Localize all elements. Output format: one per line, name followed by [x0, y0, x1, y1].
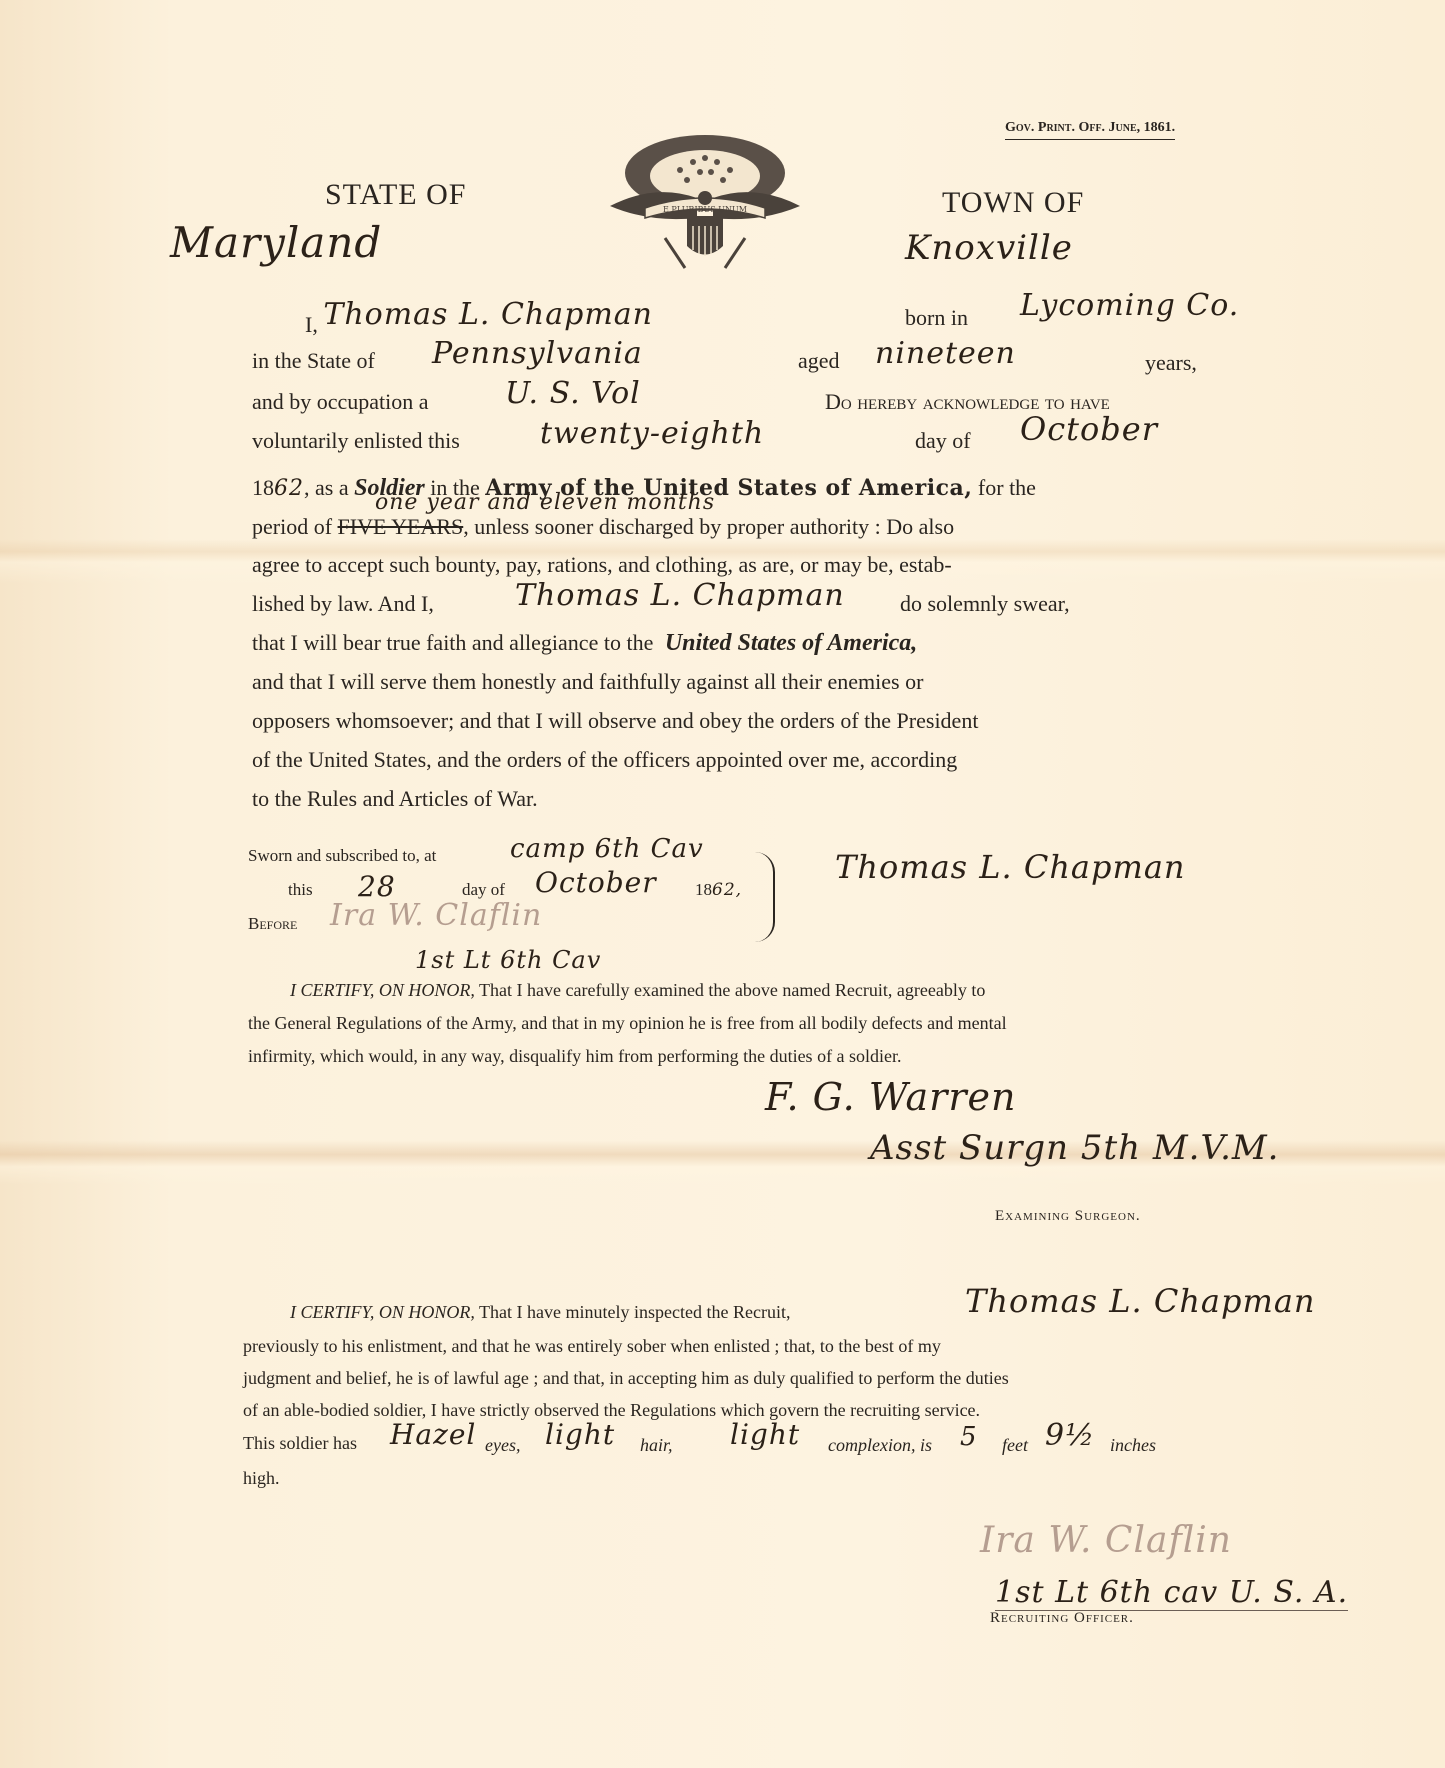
- surgeon-cert-line-1: I CERTIFY, ON HONOR, That I have careful…: [290, 980, 985, 1001]
- recruiting-officer-signature: Ira W. Claflin: [980, 1520, 1232, 1561]
- enlistment-line-6: period of FIVE YEARS, unless sooner disc…: [252, 514, 954, 540]
- state-of-label: in the State of: [252, 348, 375, 374]
- solemnly-swear-text: do solemnly swear,: [900, 591, 1070, 617]
- text: 18: [695, 880, 712, 899]
- oath-name-field: Thomas L. Chapman: [515, 578, 845, 613]
- born-in-label: born in: [905, 305, 968, 331]
- enlistment-line-9: that I will bear true faith and allegian…: [252, 630, 917, 657]
- printer-note: Gov. Print. Off. June, 1861.: [1005, 120, 1175, 140]
- complexion-label: complexion, is: [828, 1435, 932, 1456]
- recruit-signature: Thomas L. Chapman: [835, 848, 1186, 886]
- enlistment-line-1: I, Thomas L. Chapman: [305, 305, 653, 340]
- struck-period: FIVE YEARS: [338, 514, 464, 539]
- recruiting-officer-title: 1st Lt 6th cav U. S. A.: [995, 1575, 1348, 1611]
- sworn-this-label: this: [288, 880, 313, 900]
- usa-label: United States of America,: [665, 630, 917, 656]
- inches-label: inches: [1110, 1435, 1156, 1456]
- description-prefix: This soldier has: [243, 1433, 357, 1454]
- brace: [755, 852, 775, 942]
- hair-label: hair,: [640, 1435, 673, 1456]
- cert-lead: I CERTIFY, ON HONOR,: [290, 980, 475, 1000]
- day-of-label: day of: [915, 428, 971, 454]
- sworn-at-field: camp 6th Cav: [510, 834, 704, 864]
- hair-field: light: [545, 1418, 615, 1451]
- sworn-year-field: 62,: [712, 880, 742, 900]
- amended-period-field: one year and eleven months: [375, 490, 715, 515]
- sworn-year: 1862,: [695, 880, 742, 900]
- birth-state-field: Pennsylvania: [432, 336, 643, 371]
- height-inches-field: 9½: [1045, 1418, 1095, 1453]
- recruit-cert-line-1: I CERTIFY, ON HONOR, That I have minutel…: [290, 1302, 790, 1323]
- occupation-field: U. S. Vol: [505, 376, 641, 411]
- text: that I will bear true faith and allegian…: [252, 630, 653, 655]
- aged-label: aged: [798, 348, 840, 374]
- examining-surgeon-caption: Examining Surgeon.: [995, 1208, 1141, 1225]
- before-signature: Ira W. Claflin: [330, 898, 542, 933]
- eagle-emblem-icon: E PLURIBUS UNUM: [605, 128, 805, 278]
- enlist-day-field: twenty-eighth: [540, 416, 764, 451]
- occupation-label: and by occupation a: [252, 389, 429, 415]
- years-label: years,: [1145, 350, 1197, 376]
- surgeon-title: Asst Surgn 5th M.V.M.: [870, 1128, 1280, 1168]
- enlist-month-field: October: [1020, 410, 1158, 448]
- state-label: STATE OF: [325, 178, 466, 212]
- enlistment-line-7: agree to accept such bounty, pay, ration…: [252, 552, 952, 578]
- text: That I have minutely inspected the Recru…: [479, 1302, 790, 1322]
- inspected-recruit-name: Thomas L. Chapman: [965, 1282, 1316, 1320]
- complexion-field: light: [730, 1418, 800, 1451]
- feet-label: feet: [1002, 1435, 1028, 1456]
- text: lished by law. And I,: [252, 591, 434, 616]
- text: 18: [252, 475, 274, 500]
- enlistment-line-8: lished by law. And I,: [252, 591, 434, 617]
- eyes-field: Hazel: [390, 1418, 476, 1451]
- enlistment-line-10: and that I will serve them honestly and …: [252, 669, 923, 695]
- town-label: TOWN OF: [942, 186, 1084, 220]
- surgeon-signature: F. G. Warren: [765, 1075, 1016, 1119]
- enlistment-line-13: to the Rules and Articles of War.: [252, 786, 538, 812]
- text: I,: [305, 312, 318, 337]
- state-value: Maryland: [170, 218, 382, 267]
- enlisted-this-label: voluntarily enlisted this: [252, 428, 460, 454]
- sworn-day-of-label: day of: [462, 880, 505, 900]
- age-field: nineteen: [875, 336, 1016, 371]
- text: , as a: [304, 475, 349, 500]
- emblem-banner: E PLURIBUS UNUM: [663, 205, 747, 214]
- recruiting-officer-caption: Recruiting Officer.: [990, 1610, 1134, 1627]
- sworn-at-label: Sworn and subscribed to, at: [248, 846, 436, 866]
- enlist-year-field: 62: [274, 476, 304, 501]
- text: for the: [978, 475, 1036, 500]
- surgeon-cert-line-3: infirmity, which would, in any way, disq…: [248, 1046, 902, 1067]
- eyes-label: eyes,: [485, 1435, 520, 1456]
- town-value: Knoxville: [905, 228, 1073, 268]
- height-feet-field: 5: [960, 1422, 978, 1452]
- text: That I have carefully examined the above…: [479, 980, 985, 1000]
- before-title: 1st Lt 6th Cav: [415, 946, 601, 974]
- recruit-cert-line-3: judgment and belief, he is of lawful age…: [243, 1368, 1009, 1389]
- sworn-month-field: October: [535, 866, 657, 899]
- before-label: Before: [248, 914, 297, 934]
- recruit-cert-line-2: previously to his enlistment, and that h…: [243, 1336, 941, 1357]
- enlistment-line-11: opposers whomsoever; and that I will obs…: [252, 708, 978, 734]
- recruit-name-field: Thomas L. Chapman: [323, 297, 653, 332]
- birthplace-field: Lycoming Co.: [1020, 288, 1239, 323]
- high-label: high.: [243, 1468, 280, 1489]
- cert-lead: I CERTIFY, ON HONOR,: [290, 1302, 475, 1322]
- surgeon-cert-line-2: the General Regulations of the Army, and…: [248, 1013, 1007, 1034]
- enlistment-line-12: of the United States, and the orders of …: [252, 747, 957, 773]
- text: , unless sooner discharged by proper aut…: [463, 514, 954, 539]
- text: period of: [252, 514, 332, 539]
